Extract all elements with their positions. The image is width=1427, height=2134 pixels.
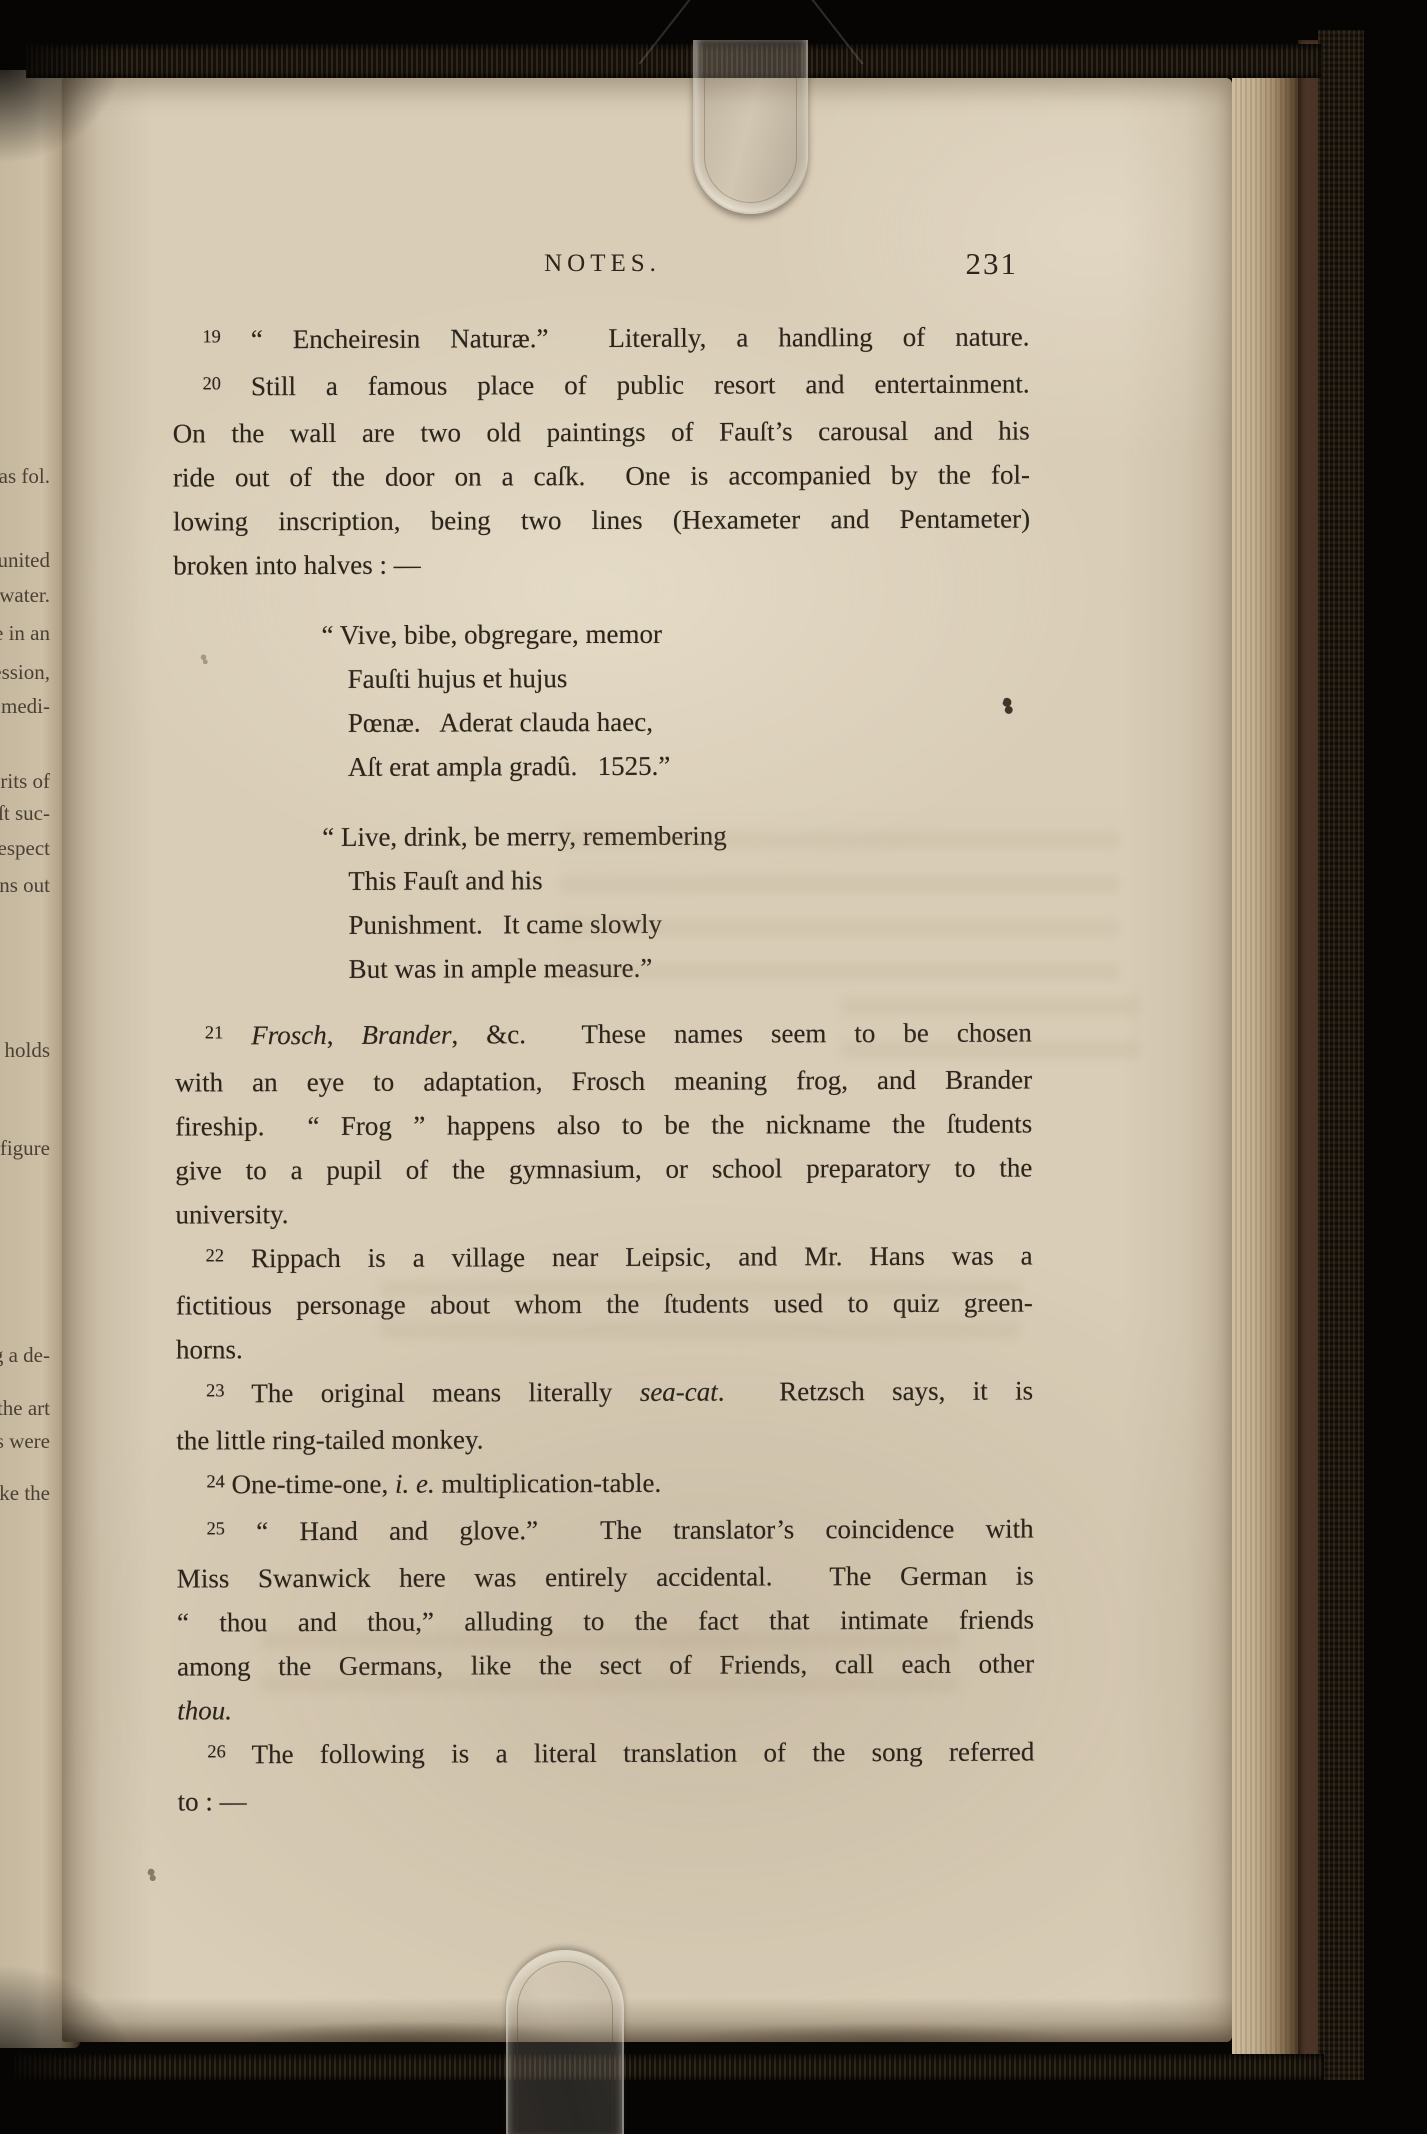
- text-segment: The original means literally: [224, 1377, 639, 1408]
- text-segment: . Retzsch says, it is: [718, 1376, 1033, 1407]
- background-top: [0, 0, 1427, 44]
- margin-text-fragment: , the art: [0, 1396, 50, 1421]
- text-line: 25 “ Hand and glove.” The translator’s c…: [177, 1507, 1034, 1557]
- text-segment: ride out of the door on a caſk. One is a…: [173, 460, 1030, 493]
- text-segment: Pœnæ. Aderat clauda haec,: [348, 707, 653, 738]
- text-segment: “ Hand and glove.” The translator’s coin…: [225, 1514, 1034, 1547]
- text-line: “ Vive, bibe, obgregare, memor: [173, 611, 1030, 658]
- text-segment: Rippach is a village near Leipsic, and M…: [224, 1241, 1033, 1274]
- text-line: thou.: [177, 1686, 1034, 1733]
- text-line: Pœnæ. Aderat clauda haec,: [174, 699, 1031, 746]
- text-line: fictitious personage about whom the ſtud…: [176, 1281, 1033, 1328]
- text-segment: Aſt erat ampla gradû. 1525.”: [348, 751, 671, 782]
- text-line: “ thou and thou,” alluding to the fact t…: [177, 1598, 1034, 1645]
- facing-page-text-fragments: as fol., unitedwater.e in ancession,d me…: [0, 0, 56, 2134]
- text-segment: broken into halves : —: [173, 550, 421, 581]
- margin-text-fragment: rts were: [0, 1429, 50, 1454]
- text-line: to : —: [177, 1776, 1034, 1823]
- margin-text-fragment: e in an: [0, 621, 50, 646]
- note-number: 22: [206, 1245, 224, 1265]
- margin-text-fragment: rns out: [0, 873, 50, 898]
- text-line: On the wall are two old paintings of Fau…: [173, 409, 1030, 456]
- text-line: horns.: [176, 1325, 1033, 1372]
- page-header-title: NOTES.: [175, 250, 1030, 278]
- note-number: 20: [203, 373, 221, 393]
- text-segment: the little ring-tailed monkey.: [176, 1424, 483, 1455]
- margin-text-fragment: ng a de-: [0, 1343, 50, 1368]
- note-number: 21: [205, 1022, 223, 1042]
- page-text: 19 “ Encheiresin Naturæ.” Literally, a h…: [172, 315, 1034, 1824]
- text-line: fireship. “ Frog ” happens also to be th…: [175, 1102, 1032, 1149]
- cover-board-edge: [1298, 40, 1318, 2070]
- note-number: 26: [207, 1741, 225, 1761]
- background-right: [1364, 0, 1427, 2134]
- text-segment: give to a pupil of the gymnasium, or sch…: [175, 1153, 1032, 1186]
- text-segment: “ thou and thou,” alluding to the fact t…: [177, 1605, 1034, 1638]
- text-segment: lowing inscription, being two lines (Hex…: [173, 504, 1030, 537]
- text-segment: On the wall are two old paintings of Fau…: [173, 416, 1030, 449]
- text-segment: Punishment. It came slowly: [348, 909, 662, 940]
- text-line: 22 Rippach is a village near Leipsic, an…: [176, 1234, 1033, 1284]
- text-segment: i. e.: [395, 1469, 435, 1499]
- text-segment: fireship. “ Frog ” happens also to be th…: [175, 1109, 1032, 1142]
- text-segment: with an eye to adaptation, Frosch meanin…: [175, 1065, 1032, 1098]
- text-segment: university.: [175, 1199, 288, 1229]
- text-line: But was in ample measure.”: [175, 945, 1032, 992]
- note-number: 25: [207, 1518, 225, 1538]
- text-segment: to : —: [178, 1786, 247, 1816]
- margin-text-fragment: r holds: [0, 1038, 50, 1063]
- text-line: This Fauſt and his: [174, 857, 1031, 904]
- page-holder-clip-bottom: [506, 1950, 624, 2134]
- margin-text-fragment: uſt suc-: [0, 801, 50, 826]
- note-number: 24: [206, 1471, 224, 1491]
- text-segment: “ Vive, bibe, obgregare, memor: [321, 619, 662, 650]
- margin-text-fragment: as fol.: [0, 464, 50, 489]
- page-block-fore-edge: [1232, 60, 1298, 2064]
- text-line: lowing inscription, being two lines (Hex…: [173, 497, 1030, 544]
- text-segment: [223, 1020, 251, 1050]
- background-bottom: [0, 2080, 1427, 2134]
- margin-text-fragment: like the: [0, 1481, 50, 1506]
- text-segment: Frosch: [251, 1020, 327, 1050]
- text-segment: among the Germans, like the sect of Frie…: [177, 1649, 1034, 1682]
- bottom-cloth-band: [14, 2054, 1324, 2080]
- text-segment: One-time-one,: [225, 1469, 395, 1500]
- text-line: 23 The original means literally sea-cat.…: [176, 1369, 1033, 1419]
- text-segment: Brander: [361, 1020, 451, 1050]
- text-line: the little ring-tailed monkey.: [176, 1416, 1033, 1463]
- page-holder-clip-top: [693, 40, 808, 214]
- text-line: Aſt erat ampla gradû. 1525.”: [174, 743, 1031, 790]
- text-segment: , &c. These names seem to be chosen: [451, 1018, 1031, 1050]
- text-segment: fictitious personage about whom the ſtud…: [176, 1288, 1033, 1321]
- text-segment: “ Live, drink, be merry, remembering: [322, 821, 727, 852]
- clip-inner-edge: [517, 1961, 613, 2134]
- clip-inner-edge: [704, 40, 797, 203]
- running-header: NOTES. 231: [175, 250, 1030, 294]
- text-line: Fauſti hujus et hujus: [174, 655, 1031, 702]
- text-line: with an eye to adaptation, Frosch meanin…: [175, 1058, 1032, 1105]
- text-line: Punishment. It came slowly: [174, 901, 1031, 948]
- text-line: broken into halves : —: [173, 541, 1030, 588]
- text-segment: Fauſti hujus et hujus: [348, 663, 568, 694]
- text-line: Miss Swanwick here was entirely accident…: [177, 1554, 1034, 1601]
- text-segment: But was in ample measure.”: [349, 953, 653, 984]
- page-number: 231: [966, 246, 1019, 282]
- text-segment: This Fauſt and his: [348, 865, 542, 896]
- cover-cloth: [1318, 30, 1364, 2080]
- text-line: 24 One-time-one, i. e. multiplication-ta…: [176, 1460, 1033, 1510]
- top-cloth-band: [26, 44, 1322, 78]
- text-line: give to a pupil of the gymnasium, or sch…: [175, 1146, 1032, 1193]
- text-line: 26 The following is a literal translatio…: [177, 1730, 1034, 1780]
- text-segment: horns.: [176, 1334, 243, 1364]
- text-segment: The following is a literal translation o…: [226, 1737, 1035, 1770]
- margin-text-fragment: cession,: [0, 660, 50, 685]
- text-line: 21 Frosch, Brander, &c. These names seem…: [175, 1011, 1032, 1061]
- note-number: 23: [206, 1380, 224, 1400]
- margin-text-fragment: al figure: [0, 1136, 50, 1161]
- book-photo-scene: NOTES. 231 19 “ Encheiresin Naturæ.” Lit…: [0, 0, 1427, 2134]
- text-segment: Miss Swanwick here was entirely accident…: [177, 1561, 1034, 1594]
- text-segment: multiplication-table.: [435, 1468, 662, 1499]
- text-line: among the Germans, like the sect of Frie…: [177, 1642, 1034, 1689]
- note-number: 19: [202, 326, 220, 346]
- page-bottom-edge-shadow: [62, 1998, 1232, 2042]
- text-line: university.: [175, 1190, 1032, 1237]
- text-segment: sea-cat: [640, 1377, 718, 1407]
- text-segment: thou.: [177, 1695, 232, 1725]
- text-line: “ Live, drink, be merry, remembering: [174, 813, 1031, 860]
- margin-text-fragment: d medi-: [0, 694, 50, 719]
- margin-text-fragment: , united: [0, 548, 50, 573]
- text-line: 19 “ Encheiresin Naturæ.” Literally, a h…: [172, 315, 1029, 365]
- text-line: ride out of the door on a caſk. One is a…: [173, 453, 1030, 500]
- text-segment: Still a famous place of public resort an…: [221, 369, 1030, 402]
- margin-text-fragment: irits of: [0, 769, 50, 794]
- margin-text-fragment: respect: [0, 836, 50, 861]
- text-line: 20 Still a famous place of public resort…: [173, 362, 1030, 412]
- text-segment: “ Encheiresin Naturæ.” Literally, a hand…: [221, 322, 1030, 355]
- margin-text-fragment: water.: [0, 583, 50, 608]
- text-segment: ,: [327, 1020, 362, 1050]
